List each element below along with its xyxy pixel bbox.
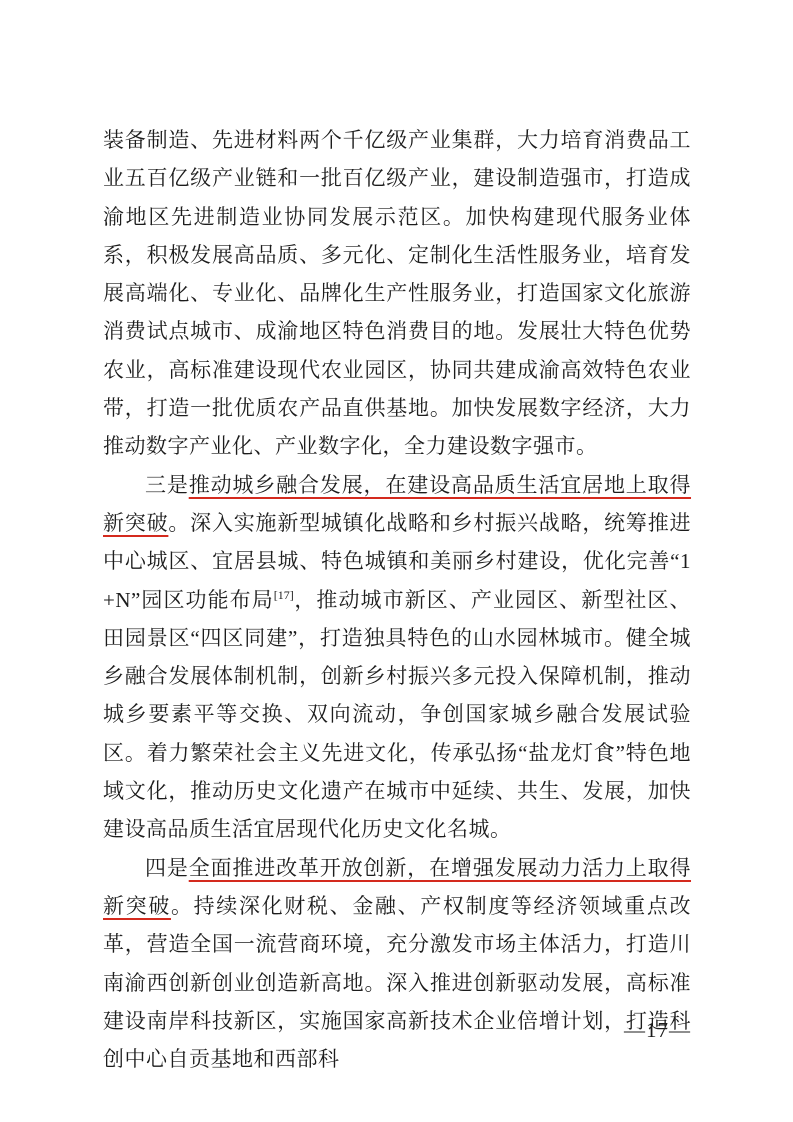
paragraph: 三是推动城乡融合发展，在建设高品质生活宜居地上取得新突破。深入实施新型城镇化战略… [103, 466, 691, 849]
document-page: 装备制造、先进材料两个千亿级产业集群，大力培育消费品工业五百亿级产业链和一批百亿… [0, 0, 793, 1122]
paragraph: 四是全面推进改革开放创新，在增强发展动力活力上取得新突破。持续深化财税、金融、产… [103, 849, 691, 1079]
document-body: 装备制造、先进材料两个千亿级产业集群，大力培育消费品工业五百亿级产业链和一批百亿… [103, 121, 691, 1078]
paragraph: 装备制造、先进材料两个千亿级产业集群，大力培育消费品工业五百亿级产业链和一批百亿… [103, 121, 691, 466]
page-number: —17— [103, 1018, 691, 1043]
body-text: 。持续深化财税、金融、产权制度等经济领域重点改革，营造全国一流营商环境，充分激发… [103, 894, 691, 1071]
body-text: 装备制造、先进材料两个千亿级产业集群，大力培育消费品工业五百亿级产业链和一批百亿… [103, 128, 691, 458]
body-text: 四是 [145, 856, 189, 880]
body-text: ，推动城市新区、产业园区、新型社区、田园景区“四区同建”，打造独具特色的山水园林… [103, 588, 691, 842]
body-text: 三是 [145, 473, 189, 497]
footnote-marker: [17] [274, 588, 294, 602]
